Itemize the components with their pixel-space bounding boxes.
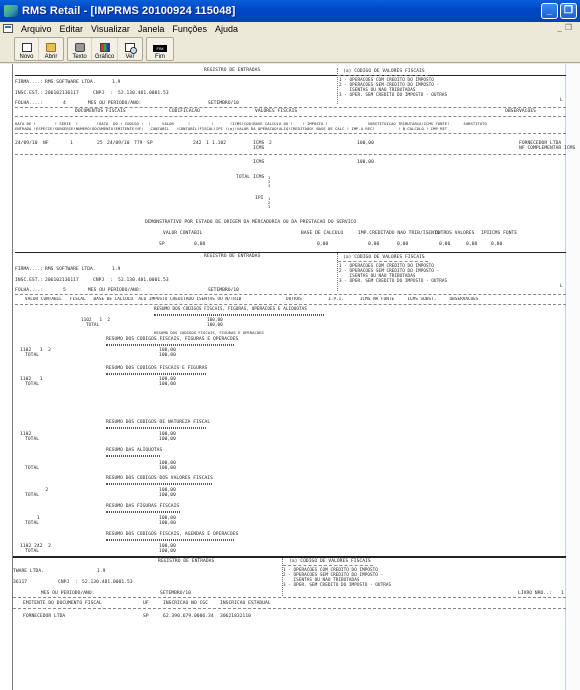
- section-rule: [106, 373, 206, 375]
- report1-subheader-rule: [15, 116, 566, 117]
- report3-firma: TWARE LTDA.: [13, 569, 44, 574]
- report2-mes: SETEMBRO/10: [208, 288, 239, 293]
- report-page: REGISTRO DE ENTRADAS FIRMA....: RMS SOFT…: [12, 64, 565, 690]
- section-total-label: TOTAL: [25, 549, 39, 554]
- menu-ajuda[interactable]: Ajuda: [211, 24, 242, 34]
- report3-row-uf: SP: [143, 614, 149, 619]
- report3-codigo-rule: [283, 565, 373, 566]
- report2-codigo-rule: [338, 261, 428, 262]
- toolbar-group-file: Novo Abrir: [14, 37, 64, 61]
- report1-cnpj: 52.130.481.0001.53: [118, 91, 169, 96]
- end-icon: FIM: [153, 45, 167, 52]
- section-total: 100,00: [159, 382, 176, 387]
- report2-folha-label: FOLHA....:: [15, 288, 43, 293]
- report1-top-rule: [15, 75, 566, 76]
- report1-mes: SETEMBRO/10: [208, 101, 239, 106]
- report3-mes: SETEMBRO/10: [160, 591, 191, 596]
- report1-col-headers-2: ENTRADA !ESPECIE!SUBSERIE!NUMERO!DOCUMEN…: [15, 126, 566, 131]
- report1-demo-h-imp: IMP.CREDITADO NAO TRIB/ISENTO: [358, 231, 440, 236]
- end-button[interactable]: FIM Fim: [147, 38, 173, 60]
- report1-row-obs2: NF COMPLEMENTAR ICMS: [519, 146, 575, 151]
- section-rule: [106, 539, 234, 541]
- report1-codigo-line-4: 3 - OPER. SEM CREDITO DO IMPOSTO - OUTRA…: [339, 93, 447, 98]
- report3-livro: 1: [561, 591, 564, 596]
- open-folder-icon: [46, 43, 56, 52]
- report1-demo-v7: 0,00: [491, 242, 502, 247]
- report2-version: 1.9: [112, 267, 120, 272]
- report1-demo-v1: 0,00: [194, 242, 205, 247]
- report1-ipi-label: IPI: [255, 196, 263, 201]
- report2-codigo-divider: [337, 253, 338, 291]
- section-total: 100,00: [159, 466, 176, 471]
- report1-total-code-3: 3: [268, 183, 270, 188]
- mdi-minimize-button[interactable]: _: [557, 23, 561, 32]
- print-graphic-button[interactable]: Gráfico: [92, 38, 118, 60]
- section-total-label: TOTAL: [25, 521, 39, 526]
- report1-insc: 206102136117: [45, 91, 79, 96]
- section-title: RESUMO DAS FIGURAS FISCAIS: [106, 504, 179, 509]
- section-total-label: TOTAL: [25, 353, 39, 358]
- print-graphic-label: Gráfico: [95, 54, 114, 60]
- mdi-controls: _ ❐: [557, 23, 572, 32]
- report1-firma-label: FIRMA....:: [15, 80, 43, 85]
- report2-insc: 206102136117: [45, 278, 79, 283]
- report2-firma: RMS SOFTWARE LTDA.: [45, 267, 96, 272]
- section-total-label: TOTAL: [25, 493, 39, 498]
- report2-col-headers: VALOR CONTABIL FISCAL BASE DE CALCULO AL…: [25, 297, 566, 302]
- report1-demo-v5: 0,00: [439, 242, 450, 247]
- report1-ipi-code-3: 3: [268, 204, 270, 209]
- report1-row-valor: 100,00: [357, 141, 374, 146]
- report1-row-fiscal: 1.102: [212, 141, 226, 146]
- report1-row-uf: SP: [147, 141, 153, 146]
- report1-row-contabil: 242: [193, 141, 201, 146]
- report1-codigo-divider: [337, 68, 338, 104]
- section-total: 100,00: [159, 493, 176, 498]
- report1-row-numero: 25: [97, 141, 103, 146]
- report3-cnpj-label: CNPJ :: [58, 580, 78, 585]
- report3-insc: 36117: [13, 580, 27, 585]
- preview-button[interactable]: Ver: [118, 38, 142, 60]
- report1-colhead-rule: [15, 133, 566, 134]
- title-bar: RMS Retail - [IMPRMS 20100924 115048] _ …: [0, 0, 580, 22]
- window-title: RMS Retail - [IMPRMS 20100924 115048]: [22, 5, 235, 17]
- report2-codigo-title: (a) CODIGO DE VALORES FISCAIS: [343, 255, 425, 260]
- report2-colhead-rule: [15, 304, 566, 305]
- minimize-button[interactable]: _: [541, 3, 558, 19]
- section-title: RESUMO DOS CODIGOS FISCAIS, AGENDAS E OP…: [106, 532, 238, 537]
- menu-funcoes[interactable]: Funções: [168, 24, 211, 34]
- preview-icon: [125, 43, 135, 52]
- restore-button[interactable]: ❐: [560, 3, 577, 19]
- report1-group-codificacao: CODIFICACAO: [169, 109, 200, 114]
- section-title: RESUMO DOS CODIGOS DE NATUREZA FISCAL: [106, 420, 210, 425]
- mdi-restore-button[interactable]: ❐: [565, 23, 572, 32]
- report1-row-rule: [15, 154, 566, 155]
- summary1-title: RESUMO DOS CODIGOS FISCAIS, FIGURAS, OPE…: [154, 307, 307, 312]
- report1-demo-uf: SP: [159, 242, 165, 247]
- report1-group-observacoes: OBSERVACOES: [505, 109, 536, 114]
- menu-arquivo[interactable]: Arquivo: [17, 24, 56, 34]
- report2-header-rule: [15, 294, 566, 295]
- report3-title: REGISTRO DE ENTRADAS: [158, 559, 214, 564]
- report3-mes-label: MES OU PERIODO/ANO:: [41, 591, 95, 596]
- report3-colhead-rule: [13, 608, 566, 609]
- summary1-total: 100,00: [207, 323, 223, 328]
- report1-row-serie: 1: [70, 141, 73, 146]
- section-rule: [106, 455, 160, 457]
- print-text-label: Texto: [72, 54, 86, 60]
- open-label: Abrir: [45, 54, 58, 60]
- menu-janela[interactable]: Janela: [134, 24, 169, 34]
- report1-demo-v4: 0,00: [397, 242, 408, 247]
- menu-editar[interactable]: Editar: [56, 24, 88, 34]
- section-total: 100,00: [159, 549, 176, 554]
- document-menu-icon[interactable]: [3, 24, 13, 33]
- section-total-label: TOTAL: [25, 382, 39, 387]
- report1-row-cod1: 1: [206, 141, 209, 146]
- section-total-label: TOTAL: [25, 466, 39, 471]
- report2-insc-label: INSC.EST.:: [15, 278, 43, 283]
- print-text-icon: [75, 43, 85, 52]
- toolbar: Novo Abrir Texto Gráfico Ver FIM Fim: [0, 35, 580, 63]
- report1-title: REGISTRO DE ENTRADAS: [204, 68, 260, 73]
- report1-cnpj-label: CNPJ :: [93, 91, 113, 96]
- report2-folha: 5: [63, 288, 66, 293]
- report1-demo-h-base: BASE DE CALCULO: [301, 231, 343, 236]
- preview-label: Ver: [125, 54, 134, 60]
- vertical-scrollbar[interactable]: [565, 64, 580, 690]
- section-title: RESUMO DOS CODIGOS FISCAIS E FIGURAS: [106, 366, 207, 371]
- report3-header-rule: [13, 597, 566, 598]
- report3-top-rule: [13, 556, 566, 558]
- print-graphic-icon: [100, 43, 110, 52]
- window-controls: _ ❐: [541, 3, 577, 19]
- report1-codigo-rule: [338, 75, 428, 76]
- section-total: 100,00: [159, 437, 176, 442]
- report2-cnpj-label: CNPJ :: [93, 278, 113, 283]
- summary1-note: RESUMO DOS CODIGOS FISCAIS, FIGURAS E OP…: [154, 330, 264, 335]
- report1-subtotal-value: 100,00: [357, 160, 374, 165]
- report1-demo-h-contabil: VALOR CONTABIL: [163, 231, 202, 236]
- summary1-rule: [154, 314, 324, 316]
- report1-version: 1.9: [112, 80, 120, 85]
- report1-group-documentos: DOCUMENTOS FISCAIS: [75, 109, 126, 114]
- report1-codigo-title: (a) CODIGO DE VALORES FISCAIS: [343, 69, 425, 74]
- report2-corner-mark: L: [560, 284, 563, 289]
- report1-demo-v6: 0,00: [466, 242, 477, 247]
- report2-firma-label: FIRMA....:: [15, 267, 43, 272]
- report1-corner-mark: L: [560, 98, 563, 103]
- report3-col-ie: INSCRICAO ESTADUAL: [220, 601, 271, 606]
- report1-group-valores: VALORES FISCAIS: [255, 109, 297, 114]
- report1-folha-label: FOLHA....:: [15, 101, 43, 106]
- section-rule: [106, 483, 212, 485]
- report2-title: REGISTRO DE ENTRADAS: [204, 254, 260, 259]
- open-button[interactable]: Abrir: [39, 38, 63, 60]
- new-document-icon: [22, 43, 32, 52]
- report1-mes-label: MES OU PERIODO/ANO:: [88, 101, 142, 106]
- report2-cnpj: 52.130.481.0001.53: [118, 278, 169, 283]
- section-rule: [106, 344, 234, 346]
- report1-row-imposto-b: ICMS: [253, 146, 264, 151]
- report1-demo-v2: 0,00: [317, 242, 328, 247]
- print-text-button[interactable]: Texto: [68, 38, 92, 60]
- report1-subtotal-label: ICMS: [253, 160, 264, 165]
- report1-row-cod: 2: [269, 141, 272, 146]
- toolbar-group-print: Texto Gráfico Ver: [67, 37, 143, 61]
- report2-codigo-line-4: 3 - OPER. SEM CREDITO DO IMPOSTO - OUTRA…: [339, 279, 447, 284]
- section-total: 100,00: [159, 521, 176, 526]
- report3-codigo-title: (a) CODIGO DE VALORES FISCAIS: [289, 559, 371, 564]
- report3-version: 1.9: [97, 569, 105, 574]
- report1-row-emitente: 779: [134, 141, 142, 146]
- report3-col-cgc: INSCRICAO NO CGC: [163, 601, 208, 606]
- summary1-total-label: TOTAL: [86, 323, 99, 328]
- report3-codigo-line-4: 3 - OPER. SEM CREDITO DO IMPOSTO - OUTRA…: [283, 583, 391, 588]
- end-label: Fim: [155, 54, 165, 60]
- report1-demo-v3: 0,00: [368, 242, 379, 247]
- section-rule: [106, 511, 180, 513]
- report2-top-rule: [15, 252, 566, 253]
- section-title: RESUMO DOS CODIGOS DOS VALORES FISCAIS: [106, 476, 213, 481]
- section-title: RESUMO DAS ALIQUOTAS: [106, 448, 162, 453]
- section-rule: [106, 427, 206, 429]
- report1-total-label: TOTAL: [236, 175, 250, 180]
- report3-row-ie: 30621832110: [220, 614, 251, 619]
- new-label: Novo: [19, 54, 33, 60]
- toolbar-group-end: FIM Fim: [146, 37, 174, 61]
- new-button[interactable]: Novo: [15, 38, 39, 60]
- report1-row-data-doc: 24/09/10: [107, 141, 130, 146]
- section-title: RESUMO DOS CODIGOS FISCAIS, FIGURAS E OP…: [106, 337, 238, 342]
- report3-cnpj: 52.130.481.0001.53: [82, 580, 133, 585]
- report1-demonstrativo-title: DEMONSTRATIVO POR ESTADO DE ORIGEM DA ME…: [145, 220, 356, 225]
- report1-folha: 4: [63, 101, 66, 106]
- report3-row-emitente: FORNECEDOR LTDA: [23, 614, 65, 619]
- report1-row-data: 24/09/10: [15, 141, 38, 146]
- report1-row-especie: NF: [43, 141, 49, 146]
- report3-livro-label: LIVRO NRO..:: [518, 591, 552, 596]
- report3-col-emitente: EMITENTE DO DOCUMENTO FISCAL: [23, 601, 102, 606]
- menu-bar: Arquivo Editar Visualizar Janela Funções…: [0, 22, 580, 35]
- report2-mes-label: MES OU PERIODO/ANO:: [88, 288, 142, 293]
- report1-demo-h-outros: OUTROS VALORES: [435, 231, 474, 236]
- section-total: 100,00: [159, 353, 176, 358]
- report1-insc-label: INSC.EST.:: [15, 91, 43, 96]
- report1-firma: RMS SOFTWARE LTDA.: [45, 80, 96, 85]
- report1-total-icms: ICMS: [253, 175, 264, 180]
- menu-visualizar[interactable]: Visualizar: [87, 24, 134, 34]
- report1-demo-h-icms-fonte: ICMS FONTE: [489, 231, 517, 236]
- section-total-label: TOTAL: [25, 437, 39, 442]
- report3-col-uf: UF: [143, 601, 149, 606]
- report3-row-cgc: 62.390.679.0006.34: [163, 614, 214, 619]
- report1-header-rule: [15, 107, 566, 108]
- app-icon: [4, 5, 18, 17]
